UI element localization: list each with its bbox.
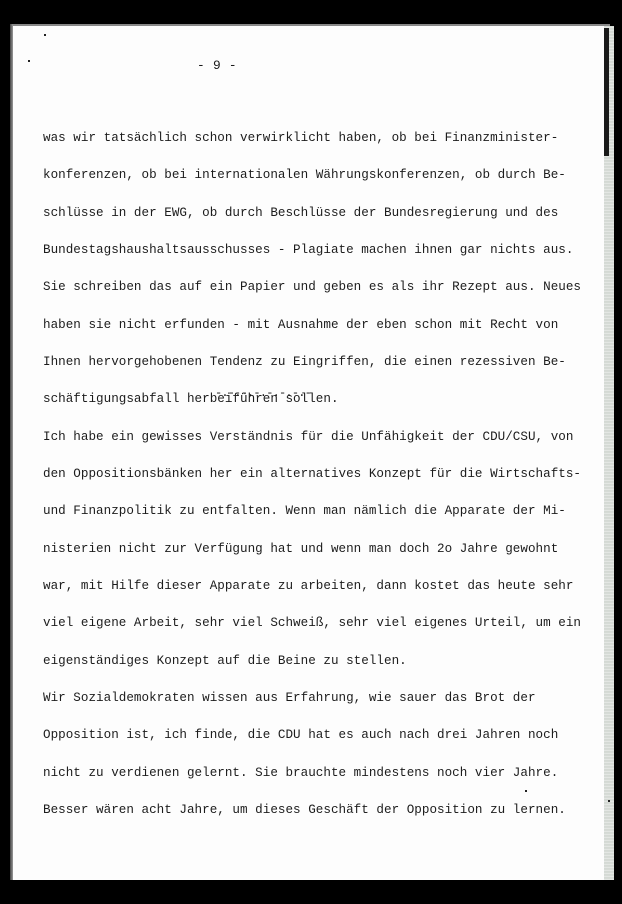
text-line: schäftigungsabfall herbeiführen sollen. bbox=[43, 393, 581, 405]
text-line: eigenständiges Konzept auf die Beine zu … bbox=[43, 655, 581, 667]
scan-speck bbox=[608, 800, 610, 802]
text-line: Opposition ist, ich finde, die CDU hat e… bbox=[43, 729, 581, 741]
text-line: den Oppositionsbänken her ein alternativ… bbox=[43, 468, 581, 480]
page-top-edge bbox=[10, 24, 610, 26]
text-line: nisterien nicht zur Verfügung hat und we… bbox=[43, 543, 581, 555]
text-line: viel eigene Arbeit, sehr viel Schweiß, s… bbox=[43, 617, 581, 629]
text-line: und Finanzpolitik zu entfalten. Wenn man… bbox=[43, 505, 581, 517]
scan-speck bbox=[28, 60, 30, 62]
text-line: Besser wären acht Jahre, um dieses Gesch… bbox=[43, 804, 581, 816]
text-line: Bundestagshaushaltsausschusses - Plagiat… bbox=[43, 244, 581, 256]
text-line: haben sie nicht erfunden - mit Ausnahme … bbox=[43, 319, 581, 331]
text-line: Ich habe ein gewisses Verständnis für di… bbox=[43, 431, 581, 443]
page-right-edge-shadow bbox=[604, 28, 609, 156]
body-text: was wir tatsächlich schon verwirklicht h… bbox=[43, 107, 581, 829]
text-line: Sie schreiben das auf ein Papier und geb… bbox=[43, 281, 581, 293]
page-number: - 9 - bbox=[197, 58, 237, 73]
text-line: Wir Sozialdemokraten wissen aus Erfahrun… bbox=[43, 692, 581, 704]
text-line: war, mit Hilfe dieser Apparate zu arbeit… bbox=[43, 580, 581, 592]
text-line: nicht zu verdienen gelernt. Sie brauchte… bbox=[43, 767, 581, 779]
text-line: Ihnen hervorgehobenen Tendenz zu Eingrif… bbox=[43, 356, 581, 368]
page-left-edge bbox=[10, 24, 13, 880]
text-line: schlüsse in der EWG, ob durch Beschlüsse… bbox=[43, 207, 581, 219]
scan-speck bbox=[44, 34, 46, 36]
section-separator: -.-.-.-.-.-.-.- bbox=[215, 386, 311, 400]
text-line: konferenzen, ob bei internationalen Währ… bbox=[43, 169, 581, 181]
text-line: was wir tatsächlich schon verwirklicht h… bbox=[43, 132, 581, 144]
